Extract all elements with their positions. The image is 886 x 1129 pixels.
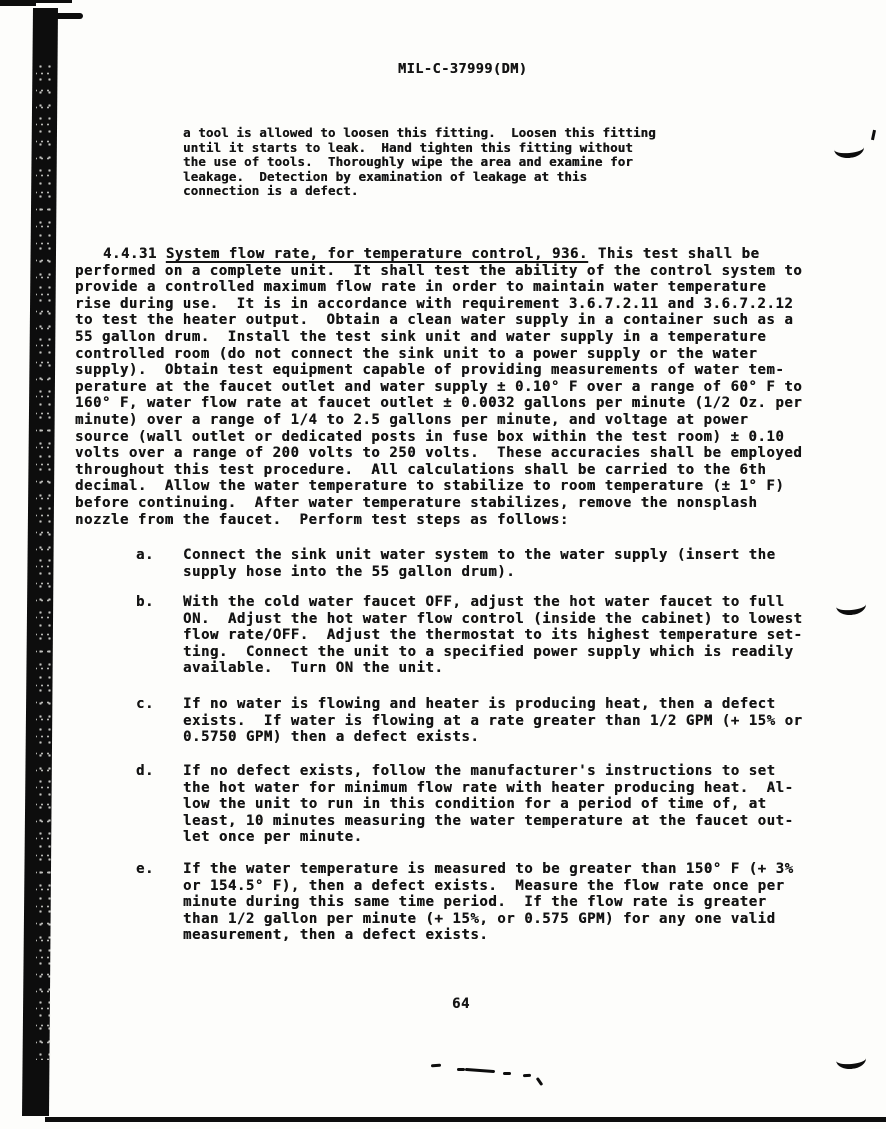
text-line: low the unit to run in this condition fo… [183, 796, 794, 813]
text-line: 160° F, water flow rate at faucet outlet… [75, 395, 835, 412]
text-line: least, 10 minutes measuring the water te… [183, 813, 794, 830]
item-text: Connect the sink unit water system to th… [183, 547, 776, 580]
item-text: With the cold water faucet OFF, adjust t… [183, 594, 803, 677]
text-line: throughout this test procedure. All calc… [75, 462, 835, 479]
text-line: before continuing. After water temperatu… [75, 495, 835, 512]
text-line: volts over a range of 200 volts to 250 v… [75, 445, 835, 462]
text-line: 55 gallon drum. Install the test sink un… [75, 329, 835, 346]
text-line: perature at the faucet outlet and water … [75, 379, 835, 396]
item-letter: d. [136, 763, 154, 780]
scan-dash-1 [431, 1064, 441, 1068]
page-number: 64 [452, 996, 470, 1013]
section-body: performed on a complete unit. It shall t… [75, 263, 835, 529]
text-line: measurement, then a defect exists. [183, 927, 794, 944]
scan-dash-3 [465, 1068, 495, 1073]
text-line: performed on a complete unit. It shall t… [75, 263, 835, 280]
text-line: supply hose into the 55 gallon drum). [183, 564, 776, 581]
intro-paragraph: a tool is allowed to loosen this fitting… [183, 126, 656, 199]
text-line: minute during this same time period. If … [183, 894, 794, 911]
text-line: minute) over a range of 1/4 to 2.5 gallo… [75, 412, 835, 429]
scan-crescent-mark-middle [835, 595, 867, 617]
scan-dash-5 [523, 1074, 531, 1078]
scan-dash-4 [503, 1072, 511, 1075]
text-line: source (wall outlet or dedicated posts i… [75, 429, 835, 446]
item-text: If no defect exists, follow the manufact… [183, 763, 794, 846]
scan-dash-2 [457, 1068, 465, 1071]
text-line: the use of tools. Thoroughly wipe the ar… [183, 155, 656, 170]
text-line: If no defect exists, follow the manufact… [183, 763, 794, 780]
scan-crescent-mark-top [833, 138, 865, 160]
scan-speckle-texture [36, 60, 52, 1060]
text-line: leakage. Detection by examination of lea… [183, 170, 656, 185]
text-line: 0.5750 GPM) then a defect exists. [183, 729, 803, 746]
scan-bottom-edge-line [45, 1117, 886, 1122]
scan-tick-mark [871, 130, 876, 140]
text-line: nozzle from the faucet. Perform test ste… [75, 512, 835, 529]
scan-crescent-mark-bottom [835, 1049, 867, 1071]
text-line: supply). Obtain test equipment capable o… [75, 362, 835, 379]
text-line: to test the heater output. Obtain a clea… [75, 312, 835, 329]
scan-top-edge-blob [0, 0, 36, 6]
item-letter: a. [136, 547, 154, 564]
item-text: If the water temperature is measured to … [183, 861, 794, 944]
document-number-header: MIL-C-37999(DM) [398, 61, 527, 77]
text-line: a tool is allowed to loosen this fitting… [183, 126, 656, 141]
text-line: controlled room (do not connect the sink… [75, 346, 835, 363]
text-line: until it starts to leak. Hand tighten th… [183, 141, 656, 156]
item-letter: b. [136, 594, 154, 611]
text-line: If no water is flowing and heater is pro… [183, 696, 803, 713]
text-line: decimal. Allow the water temperature to … [75, 478, 835, 495]
item-letter: c. [136, 696, 154, 713]
document-page: MIL-C-37999(DM) a tool is allowed to loo… [0, 0, 886, 1129]
scan-tick-mark-bottom [536, 1077, 544, 1086]
text-line: let once per minute. [183, 829, 794, 846]
text-line: Connect the sink unit water system to th… [183, 547, 776, 564]
section-title: System flow rate, for temperature contro… [166, 246, 588, 262]
text-line: With the cold water faucet OFF, adjust t… [183, 594, 803, 611]
item-letter: e. [136, 861, 154, 878]
item-text: If no water is flowing and heater is pro… [183, 696, 803, 746]
section-lead-in: This test shall be [598, 246, 760, 262]
text-line: rise during use. It is in accordance wit… [75, 296, 835, 313]
text-line: ON. Adjust the hot water flow control (i… [183, 611, 803, 628]
text-line: flow rate/OFF. Adjust the thermostat to … [183, 627, 803, 644]
text-line: the hot water for minimum flow rate with… [183, 780, 794, 797]
text-line: ting. Connect the unit to a specified po… [183, 644, 803, 661]
section-paragraph: 4.4.31System flow rate, for temperature … [75, 246, 835, 528]
text-line: If the water temperature is measured to … [183, 861, 794, 878]
text-line: provide a controlled maximum flow rate i… [75, 279, 835, 296]
text-line: available. Turn ON the unit. [183, 660, 803, 677]
section-number: 4.4.31 [75, 246, 157, 262]
text-line: exists. If water is flowing at a rate gr… [183, 713, 803, 730]
scan-bar-protrusion [55, 13, 83, 19]
text-line: than 1/2 gallon per minute (+ 15%, or 0.… [183, 911, 794, 928]
section-heading-line: 4.4.31System flow rate, for temperature … [75, 246, 835, 263]
text-line: or 154.5° F), then a defect exists. Meas… [183, 878, 794, 895]
text-line: connection is a defect. [183, 184, 656, 199]
